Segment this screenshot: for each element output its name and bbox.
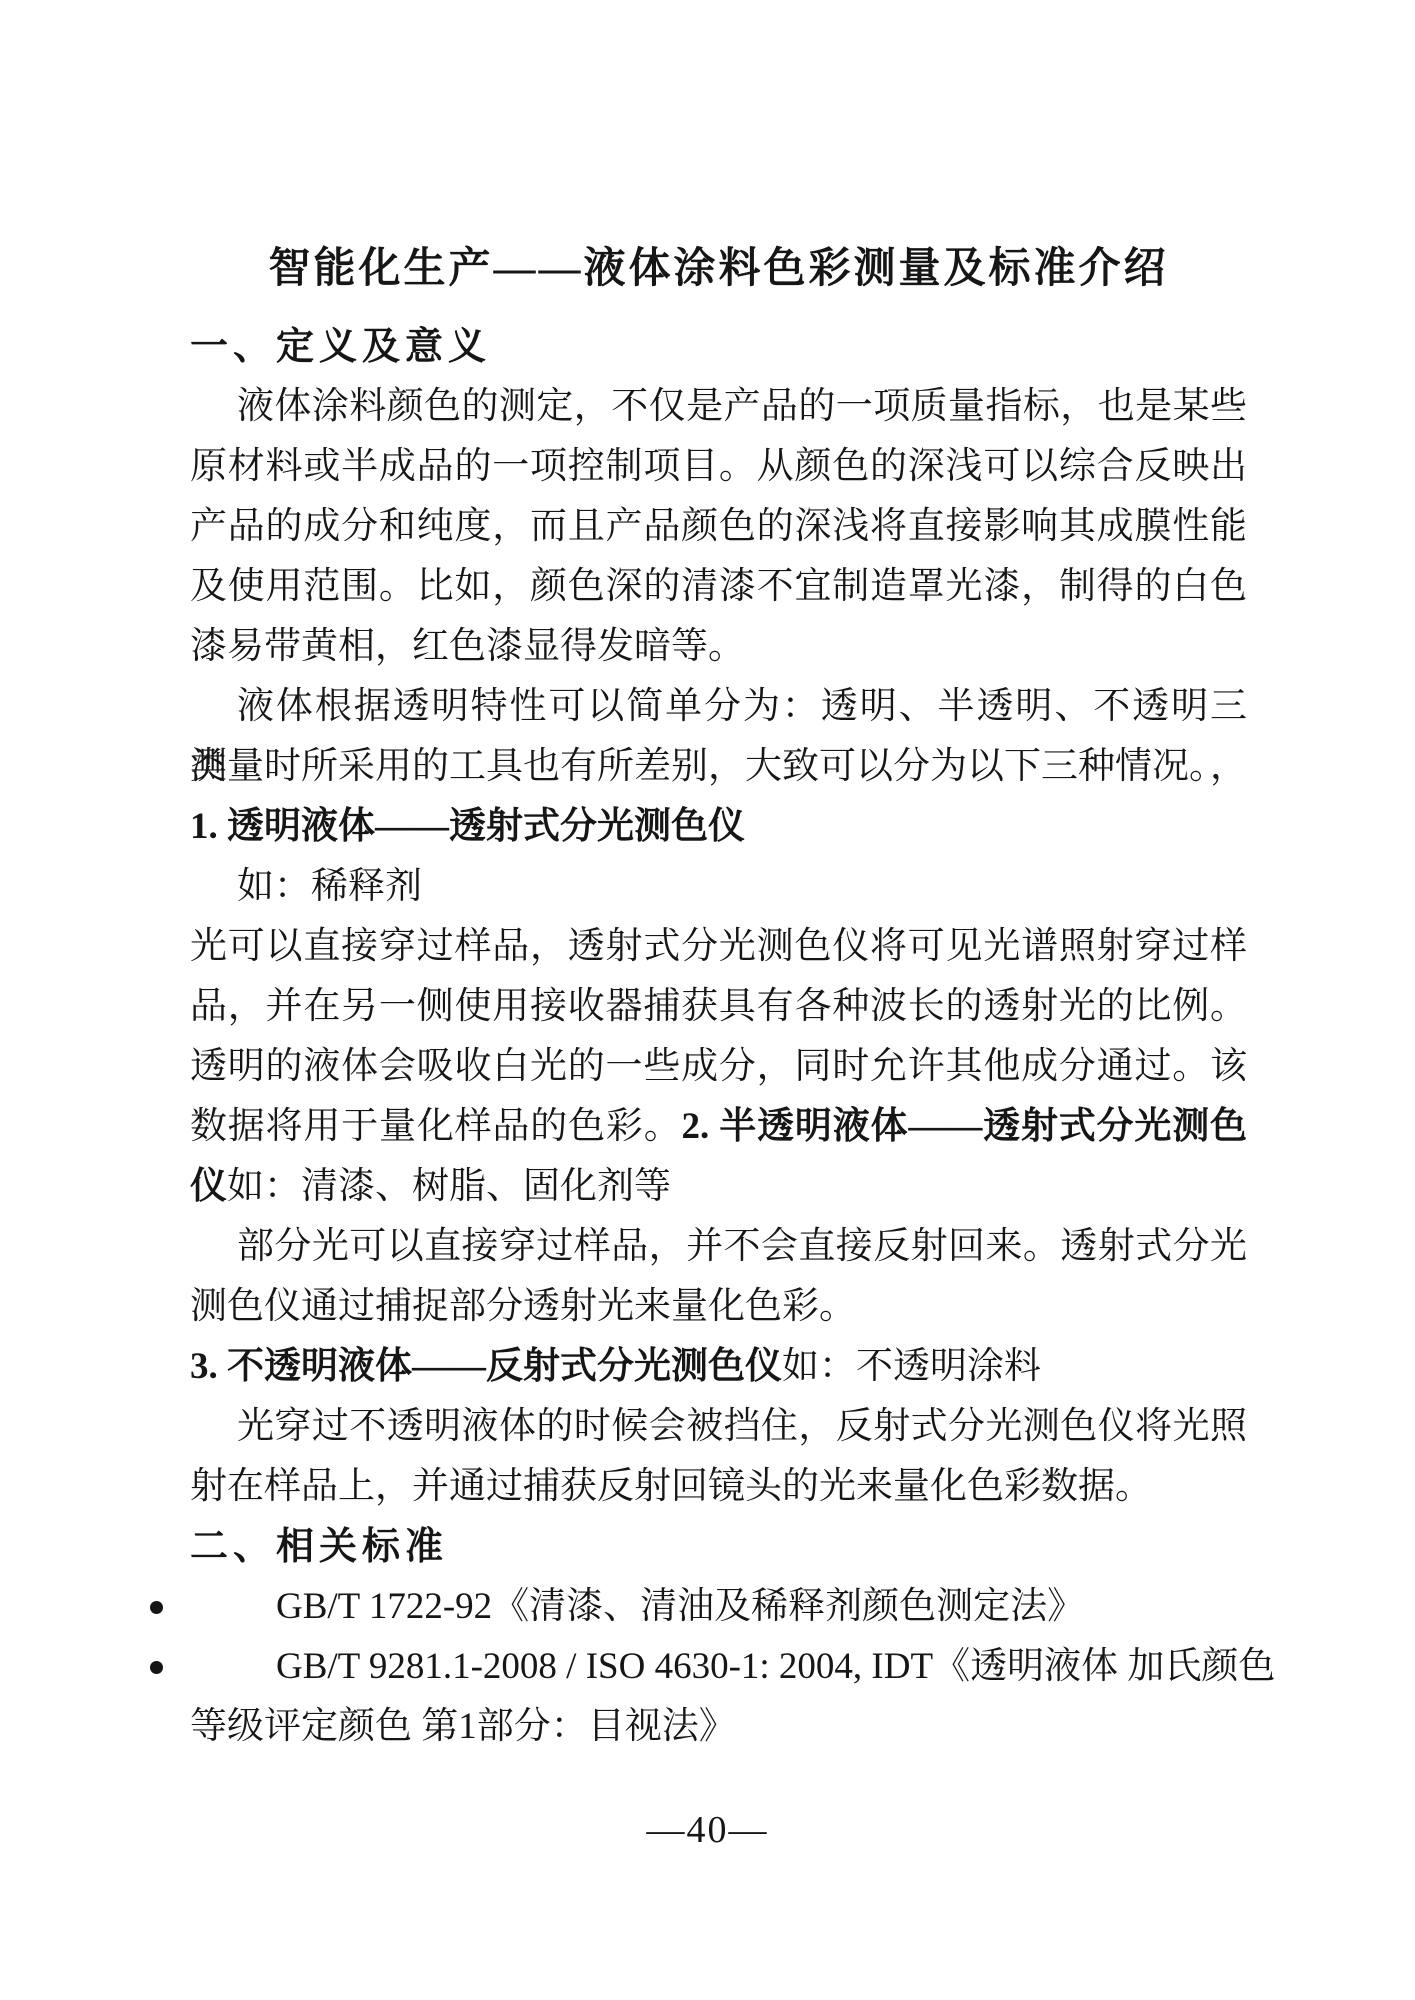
text-line: GB/T 9281.1-2008 / ISO 4630-1: 2004, IDT… bbox=[190, 1637, 1247, 1697]
text-line: 品，并在另一侧使用接收器捕获具有各种波长的透射光的比例。 bbox=[190, 977, 1247, 1037]
text-run: 2. 半透明液体——透射式分光测色 bbox=[682, 1106, 1248, 1147]
text-line: 原材料或半成品的一项控制项目。从颜色的深浅可以综合反映出 bbox=[190, 437, 1247, 497]
text-line: 如：稀释剂 bbox=[190, 857, 1247, 917]
section-heading: 一、定义及意义 bbox=[190, 317, 1247, 377]
text-run: 如：稀释剂 bbox=[237, 866, 422, 907]
section-heading: 二、相关标准 bbox=[190, 1517, 1247, 1577]
text-line: 部分光可以直接穿过样品，并不会直接反射回来。透射式分光 bbox=[190, 1217, 1247, 1277]
bullet-item: GB/T 1722-92《清漆、清油及稀释剂颜色测定法》 bbox=[190, 1577, 1247, 1637]
bullet-icon bbox=[150, 1661, 163, 1674]
text-run: 3. 不透明液体——反射式分光测色仪 bbox=[190, 1346, 782, 1387]
text-line: 测色仪通过捕捉部分透射光来量化色彩。 bbox=[190, 1277, 1247, 1337]
text-line: 二、相关标准 bbox=[190, 1517, 1247, 1577]
item-heading: 3. 不透明液体——反射式分光测色仪如：不透明涂料 bbox=[190, 1337, 1247, 1397]
text-run: 如：不透明涂料 bbox=[782, 1346, 1041, 1387]
text-run: 二、相关标准 bbox=[190, 1526, 448, 1568]
paragraph: 液体根据透明特性可以简单分为：透明、半透明、不透明三类，测量时所采用的工具也有所… bbox=[190, 677, 1247, 797]
text-run: 测量时所采用的工具也有所差别，大致可以分为以下三种情况。 bbox=[190, 746, 1226, 787]
text-run: 等级评定颜色 第1部分：目视法》 bbox=[190, 1706, 736, 1747]
text-run: 光穿过不透明液体的时候会被挡住，反射式分光测色仪将光照 bbox=[237, 1406, 1247, 1447]
text-line: 数据将用于量化样品的色彩。2. 半透明液体——透射式分光测色 bbox=[190, 1097, 1247, 1157]
text-run: 及使用范围。比如，颜色深的清漆不宜制造罩光漆，制得的白色 bbox=[190, 566, 1247, 607]
bullet-item: GB/T 9281.1-2008 / ISO 4630-1: 2004, IDT… bbox=[190, 1637, 1247, 1757]
text-line: 光穿过不透明液体的时候会被挡住，反射式分光测色仪将光照 bbox=[190, 1397, 1247, 1457]
text-run: 1. 透明液体——透射式分光测色仪 bbox=[190, 806, 745, 847]
text-run: 液体涂料颜色的测定，不仅是产品的一项质量指标，也是某些 bbox=[237, 386, 1247, 427]
text-line: 3. 不透明液体——反射式分光测色仪如：不透明涂料 bbox=[190, 1337, 1247, 1397]
document-title: 智能化生产——液体涂料色彩测量及标准介绍 bbox=[190, 239, 1247, 299]
text-line: 光可以直接穿过样品，透射式分光测色仪将可见光谱照射穿过样 bbox=[190, 917, 1247, 977]
text-line: 透明的液体会吸收白光的一些成分，同时允许其他成分通过。该 bbox=[190, 1037, 1247, 1097]
document-body: 一、定义及意义液体涂料颜色的测定，不仅是产品的一项质量指标，也是某些原材料或半成… bbox=[190, 317, 1247, 1757]
text-run: 透明的液体会吸收白光的一些成分，同时允许其他成分通过。该 bbox=[190, 1046, 1247, 1087]
text-line: 产品的成分和纯度，而且产品颜色的深浅将直接影响其成膜性能 bbox=[190, 497, 1247, 557]
document-page: 智能化生产——液体涂料色彩测量及标准介绍 一、定义及意义液体涂料颜色的测定，不仅… bbox=[0, 0, 1415, 2000]
paragraph: 液体涂料颜色的测定，不仅是产品的一项质量指标，也是某些原材料或半成品的一项控制项… bbox=[190, 377, 1247, 677]
text-run: GB/T 9281.1-2008 / ISO 4630-1: 2004, IDT bbox=[276, 1646, 933, 1687]
text-run: 测色仪通过捕捉部分透射光来量化色彩。 bbox=[190, 1286, 856, 1327]
text-run: 数据将用于量化样品的色彩。 bbox=[190, 1106, 682, 1147]
text-line: 等级评定颜色 第1部分：目视法》 bbox=[190, 1697, 1247, 1757]
text-line: 一、定义及意义 bbox=[190, 317, 1247, 377]
text-run: 部分光可以直接穿过样品，并不会直接反射回来。透射式分光 bbox=[237, 1226, 1247, 1267]
paragraph: 如：稀释剂 bbox=[190, 857, 1247, 917]
text-run: 射在样品上，并通过捕获反射回镜头的光来量化色彩数据。 bbox=[190, 1466, 1152, 1507]
page-number: —40— bbox=[0, 1800, 1415, 1860]
text-line: 漆易带黄相，红色漆显得发暗等。 bbox=[190, 617, 1247, 677]
text-run: 《清漆、清油及稀释剂颜色测定法》 bbox=[492, 1586, 1084, 1627]
text-run: 原材料或半成品的一项控制项目。从颜色的深浅可以综合反映出 bbox=[190, 446, 1247, 487]
paragraph: 光穿过不透明液体的时候会被挡住，反射式分光测色仪将光照射在样品上，并通过捕获反射… bbox=[190, 1397, 1247, 1517]
text-run: GB/T 1722-92 bbox=[276, 1586, 492, 1627]
text-run: 《透明液体 加氏颜色 bbox=[933, 1646, 1275, 1687]
text-run: 光可以直接穿过样品，透射式分光测色仪将可见光谱照射穿过样 bbox=[190, 926, 1247, 967]
text-run: 仪 bbox=[190, 1166, 227, 1207]
text-run: 如：清漆、树脂、固化剂等 bbox=[227, 1166, 671, 1207]
text-run: 品，并在另一侧使用接收器捕获具有各种波长的透射光的比例。 bbox=[190, 986, 1247, 1027]
text-line: 1. 透明液体——透射式分光测色仪 bbox=[190, 797, 1247, 857]
text-line: GB/T 1722-92《清漆、清油及稀释剂颜色测定法》 bbox=[190, 1577, 1247, 1637]
text-line: 及使用范围。比如，颜色深的清漆不宜制造罩光漆，制得的白色 bbox=[190, 557, 1247, 617]
text-run: 一、定义及意义 bbox=[190, 326, 491, 368]
paragraph: 光可以直接穿过样品，透射式分光测色仪将可见光谱照射穿过样品，并在另一侧使用接收器… bbox=[190, 917, 1247, 1217]
bullet-icon bbox=[150, 1601, 163, 1614]
paragraph: 部分光可以直接穿过样品，并不会直接反射回来。透射式分光测色仪通过捕捉部分透射光来… bbox=[190, 1217, 1247, 1337]
text-line: 液体根据透明特性可以简单分为：透明、半透明、不透明三类， bbox=[190, 677, 1247, 737]
document-column: 智能化生产——液体涂料色彩测量及标准介绍 一、定义及意义液体涂料颜色的测定，不仅… bbox=[190, 239, 1247, 1757]
text-line: 测量时所采用的工具也有所差别，大致可以分为以下三种情况。 bbox=[190, 737, 1247, 797]
text-line: 仪如：清漆、树脂、固化剂等 bbox=[190, 1157, 1247, 1217]
text-line: 射在样品上，并通过捕获反射回镜头的光来量化色彩数据。 bbox=[190, 1457, 1247, 1517]
text-run: 漆易带黄相，红色漆显得发暗等。 bbox=[190, 626, 745, 667]
text-run: 产品的成分和纯度，而且产品颜色的深浅将直接影响其成膜性能 bbox=[190, 506, 1247, 547]
item-heading: 1. 透明液体——透射式分光测色仪 bbox=[190, 797, 1247, 857]
text-line: 液体涂料颜色的测定，不仅是产品的一项质量指标，也是某些 bbox=[190, 377, 1247, 437]
